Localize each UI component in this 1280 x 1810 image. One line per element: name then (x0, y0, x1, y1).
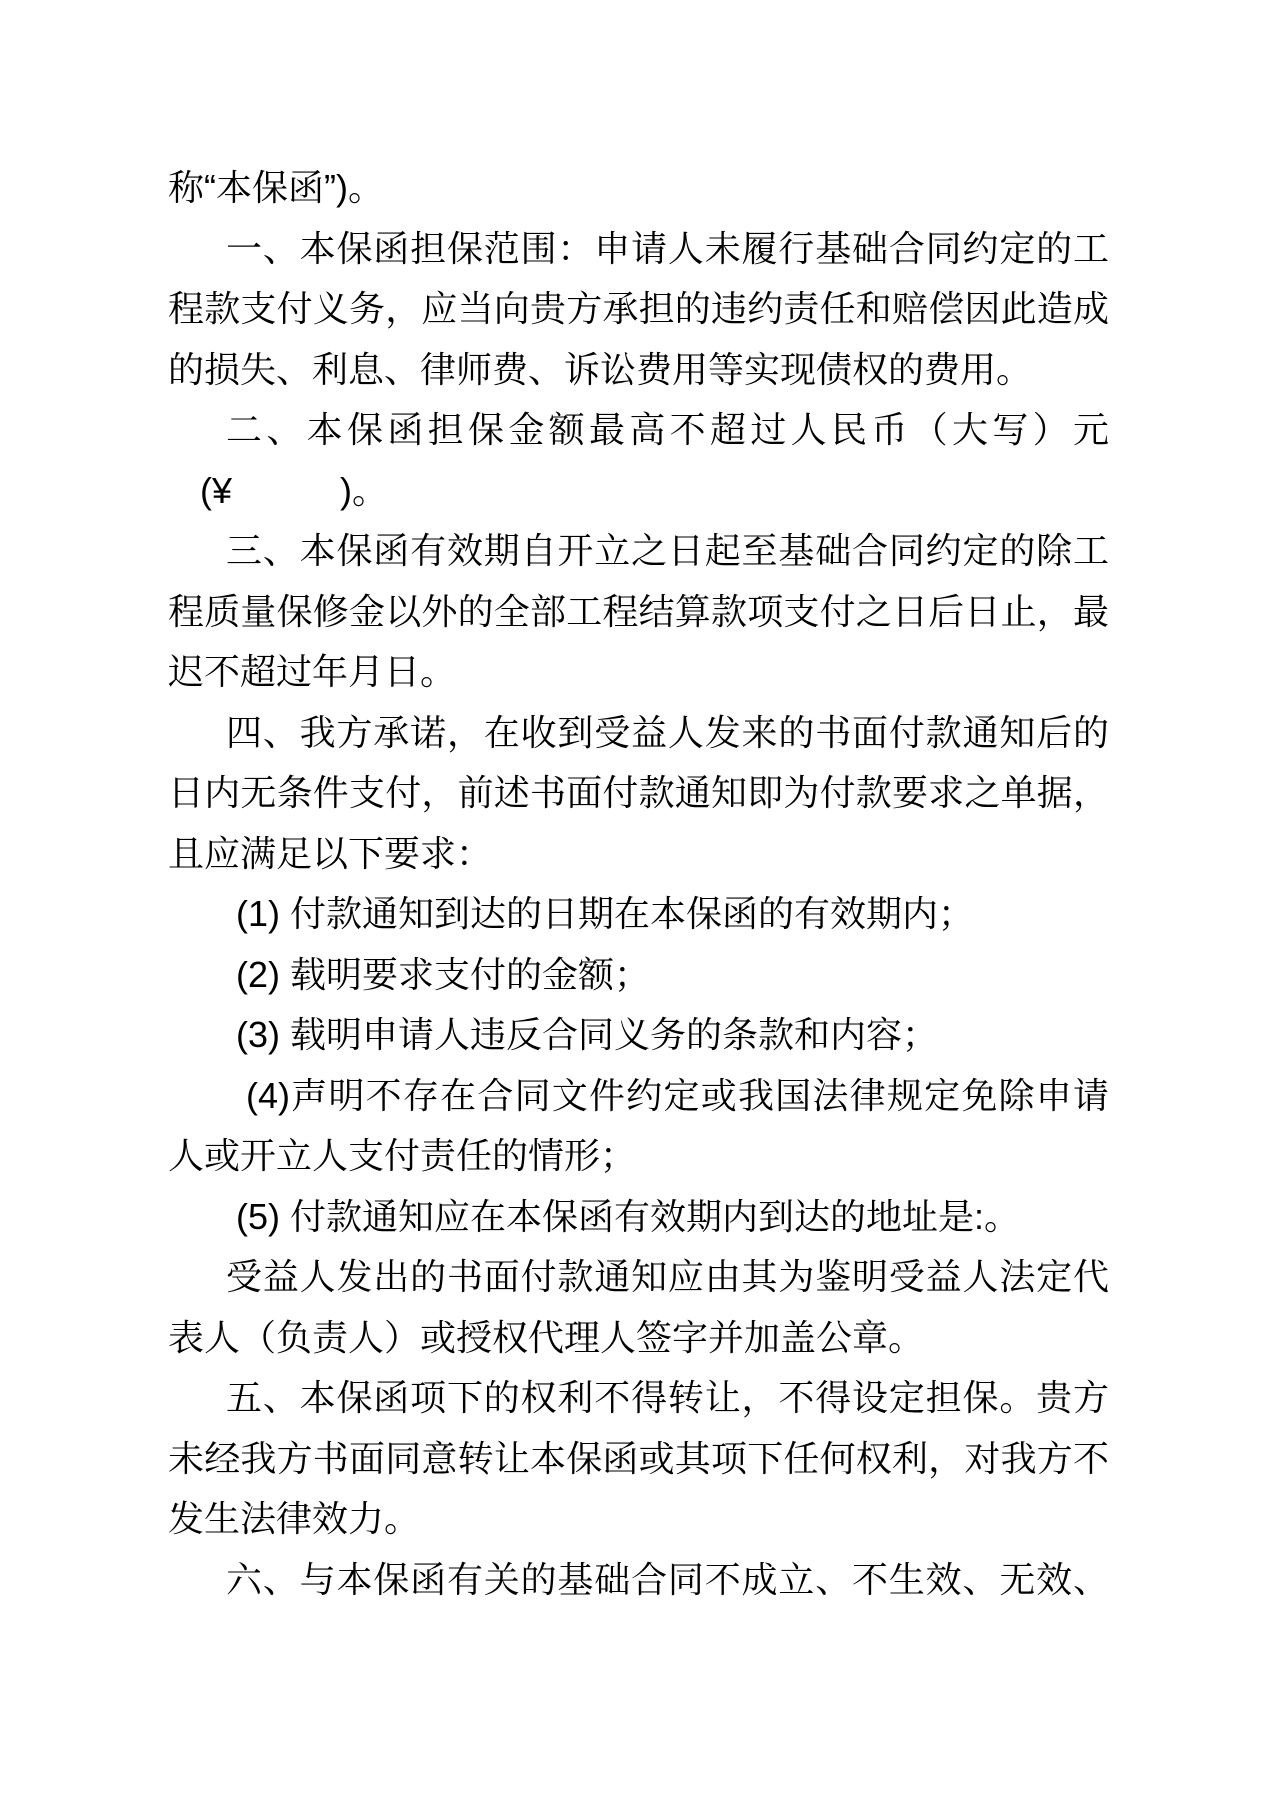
text-line: 六、与本保函有关的基础合同不成立、不生效、无效、 (168, 1550, 1109, 1611)
text-line: 五、本保函项下的权利不得转让，不得设定担保。贵方 (168, 1368, 1109, 1429)
text-line: 程质量保修金以外的全部工程结算款项支付之日后日止，最 (168, 582, 1109, 643)
text-line: (4)声明不存在合同文件约定或我国法律规定免除申请 (168, 1066, 1109, 1127)
text-line: 的损失、利息、律师费、诉讼费用等实现债权的费用。 (168, 340, 1109, 401)
text-line: (¥ )。 (168, 461, 1109, 522)
text-line: (1) 付款通知到达的日期在本保函的有效期内； (168, 884, 1109, 945)
text-line: 表人（负责人）或授权代理人签字并加盖公章。 (168, 1308, 1109, 1369)
text-line: 发生法律效力。 (168, 1489, 1109, 1550)
text-line: 称“本保函”)。 (168, 158, 1109, 219)
text-line: 日内无条件支付，前述书面付款通知即为付款要求之单据， (168, 763, 1109, 824)
text-line: (5) 付款通知应在本保函有效期内到达的地址是:。 (168, 1187, 1109, 1248)
text-line: 二、本保函担保金额最高不超过人民币（大写）元 (168, 400, 1109, 461)
text-line: 程款支付义务，应当向贵方承担的违约责任和赔偿因此造成 (168, 279, 1109, 340)
text-line: 人或开立人支付责任的情形； (168, 1126, 1109, 1187)
text-line: (3) 载明申请人违反合同义务的条款和内容； (168, 1005, 1109, 1066)
text-line: (2) 载明要求支付的金额； (168, 945, 1109, 1006)
text-line: 迟不超过年月日。 (168, 642, 1109, 703)
text-line: 未经我方书面同意转让本保函或其项下任何权利，对我方不 (168, 1429, 1109, 1490)
text-line: 四、我方承诺，在收到受益人发来的书面付款通知后的 (168, 703, 1109, 764)
text-line: 且应满足以下要求： (168, 824, 1109, 885)
text-line: 三、本保函有效期自开立之日起至基础合同约定的除工 (168, 521, 1109, 582)
text-line: 一、本保函担保范围：申请人未履行基础合同约定的工 (168, 219, 1109, 280)
document-page: 称“本保函”)。一、本保函担保范围：申请人未履行基础合同约定的工程款支付义务，应… (168, 158, 1109, 1610)
text-line: 受益人发出的书面付款通知应由其为鉴明受益人法定代 (168, 1247, 1109, 1308)
